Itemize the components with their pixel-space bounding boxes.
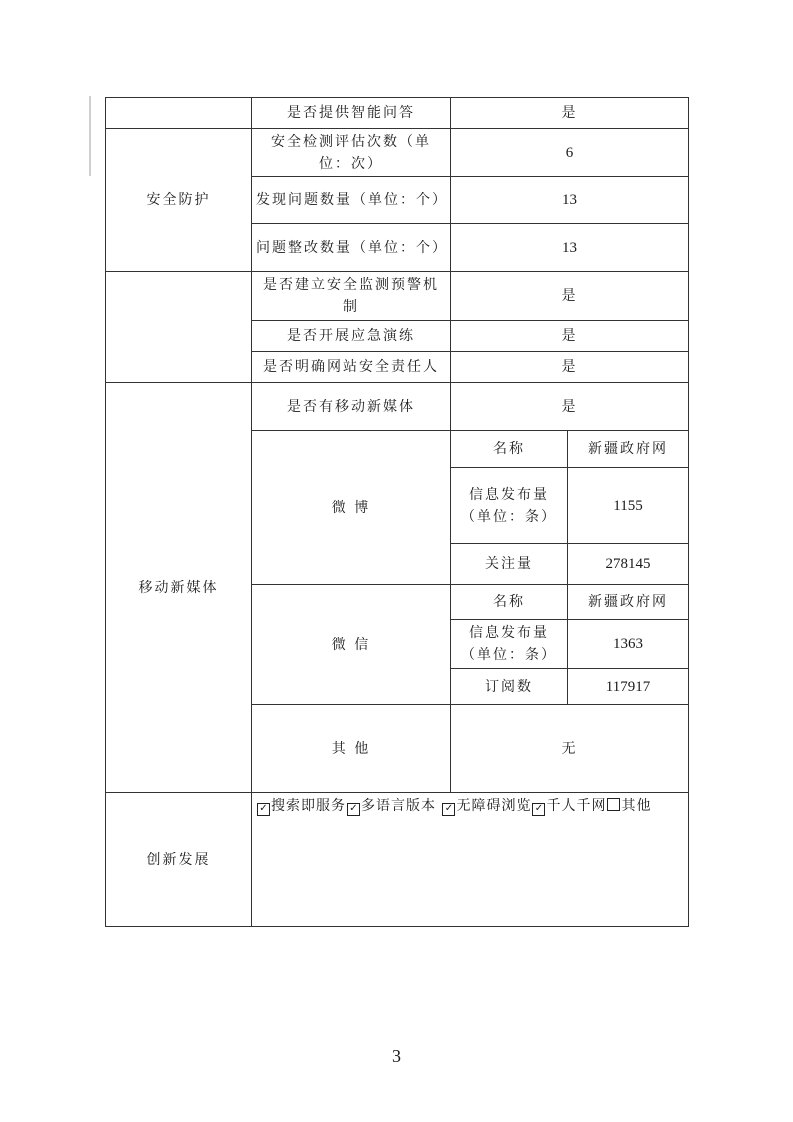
category-security-mgmt [106, 272, 252, 383]
weibo-label: 微 博 [252, 431, 451, 585]
value-cell: 6 [451, 129, 689, 177]
label-cell: 关注量 [451, 544, 568, 585]
category-cell [106, 98, 252, 129]
label-cell: 是否开展应急演练 [252, 321, 451, 352]
value-cell: 1155 [568, 468, 689, 544]
value-cell: 是 [451, 321, 689, 352]
value-cell: 是 [451, 352, 689, 383]
label-cell: 名称 [451, 585, 568, 620]
wechat-label: 微 信 [252, 585, 451, 705]
checkbox-accessibility[interactable]: ✓无障碍浏览 [441, 798, 531, 814]
page-number: 3 [0, 1046, 793, 1067]
label-cell: 是否建立安全监测预警机制 [252, 272, 451, 321]
margin-bar [89, 96, 91, 176]
label-cell: 是否提供智能问答 [252, 98, 451, 129]
value-cell: 新疆政府网 [568, 431, 689, 468]
label-cell: 发现问题数量（单位：个） [252, 177, 451, 224]
other-label: 其 他 [252, 705, 451, 793]
table-row: 移动新媒体 是否有移动新媒体 是 [106, 383, 689, 431]
category-mobile: 移动新媒体 [106, 383, 252, 793]
value-cell: 无 [451, 705, 689, 793]
value-cell: 是 [451, 98, 689, 129]
category-security: 安全防护 [106, 129, 252, 272]
checkbox-checked-icon: ✓ [347, 803, 360, 816]
label-cell: 信息发布量（单位：条） [451, 468, 568, 544]
value-cell: 117917 [568, 669, 689, 705]
checkbox-checked-icon: ✓ [532, 803, 545, 816]
table-row: 是否建立安全监测预警机制 是 [106, 272, 689, 321]
value-cell: 是 [451, 272, 689, 321]
label-cell: 名称 [451, 431, 568, 468]
label-cell: 订阅数 [451, 669, 568, 705]
label-cell: 问题整改数量（单位：个） [252, 224, 451, 272]
category-innovation: 创新发展 [106, 793, 252, 927]
label-cell: 信息发布量（单位：条） [451, 620, 568, 669]
table-row: 创新发展 ✓搜索即服务✓多语言版本 ✓无障碍浏览✓千人千网其他 [106, 793, 689, 927]
checkbox-checked-icon: ✓ [257, 803, 270, 816]
value-cell: 13 [451, 224, 689, 272]
value-cell: 新疆政府网 [568, 585, 689, 620]
label-cell: 安全检测评估次数（单位：次） [252, 129, 451, 177]
checkbox-unchecked-icon [607, 798, 620, 811]
innovation-options: ✓搜索即服务✓多语言版本 ✓无障碍浏览✓千人千网其他 [252, 793, 689, 927]
checkbox-other[interactable]: 其他 [606, 798, 651, 814]
checkbox-personalized[interactable]: ✓千人千网 [531, 798, 606, 814]
label-cell: 是否明确网站安全责任人 [252, 352, 451, 383]
value-cell: 13 [451, 177, 689, 224]
checkbox-search-service[interactable]: ✓搜索即服务 [256, 798, 346, 814]
value-cell: 278145 [568, 544, 689, 585]
table-row: 是否提供智能问答 是 [106, 98, 689, 129]
report-table: 是否提供智能问答 是 安全防护 安全检测评估次数（单位：次） 6 发现问题数量（… [105, 97, 689, 927]
value-cell: 1363 [568, 620, 689, 669]
table-row: 安全防护 安全检测评估次数（单位：次） 6 [106, 129, 689, 177]
checkbox-multilanguage[interactable]: ✓多语言版本 [346, 798, 436, 814]
value-cell: 是 [451, 383, 689, 431]
label-cell: 是否有移动新媒体 [252, 383, 451, 431]
checkbox-checked-icon: ✓ [442, 803, 455, 816]
